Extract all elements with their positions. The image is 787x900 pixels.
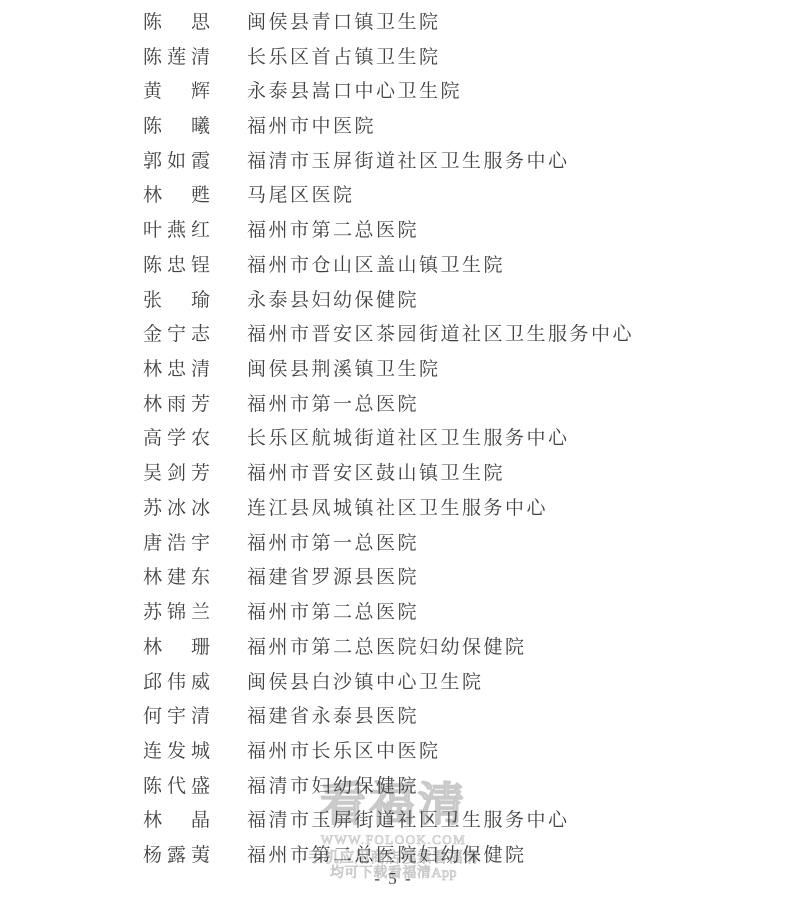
person-name: 陈思 bbox=[143, 7, 210, 34]
person-name: 林雨芳 bbox=[143, 389, 210, 416]
person-org: 福州市长乐区中医院 bbox=[247, 736, 441, 763]
roster-row: 林珊 福州市第二总医院妇幼保健院 bbox=[143, 628, 634, 663]
person-name: 金宁志 bbox=[143, 319, 210, 346]
person-org: 马尾区医院 bbox=[247, 180, 355, 207]
roster-list: 陈思 闽侯县青口镇卫生院 陈莲清 长乐区首占镇卫生院 黄辉 永泰县嵩口中心卫生院… bbox=[143, 3, 634, 871]
roster-row: 高学农 长乐区航城街道社区卫生服务中心 bbox=[143, 420, 634, 455]
person-org: 福建省永泰县医院 bbox=[247, 701, 419, 728]
person-name: 林甦 bbox=[143, 180, 210, 207]
person-name: 高学农 bbox=[143, 423, 210, 450]
person-org: 福州市中医院 bbox=[247, 111, 376, 138]
roster-row: 张瑜 永泰县妇幼保健院 bbox=[143, 281, 634, 316]
person-name: 林忠清 bbox=[143, 354, 210, 381]
roster-row: 金宁志 福州市晋安区茶园街道社区卫生服务中心 bbox=[143, 315, 634, 350]
person-name: 陈莲清 bbox=[143, 42, 210, 69]
person-org: 福清市玉屏街道社区卫生服务中心 bbox=[247, 805, 570, 832]
person-org: 闽侯县青口镇卫生院 bbox=[247, 7, 441, 34]
person-org: 福州市第二总医院 bbox=[247, 215, 419, 242]
person-name: 连发城 bbox=[143, 736, 210, 763]
roster-row: 杨露荑 福州市第二总医院妇幼保健院 bbox=[143, 836, 634, 871]
person-org: 福清市玉屏街道社区卫生服务中心 bbox=[247, 146, 570, 173]
person-org: 福州市晋安区鼓山镇卫生院 bbox=[247, 458, 505, 485]
person-name: 邱伟威 bbox=[143, 667, 210, 694]
roster-row: 林甦 马尾区医院 bbox=[143, 177, 634, 212]
roster-row: 陈曦 福州市中医院 bbox=[143, 107, 634, 142]
person-name: 苏锦兰 bbox=[143, 597, 210, 624]
person-name: 叶燕红 bbox=[143, 215, 210, 242]
roster-row: 陈莲清 长乐区首占镇卫生院 bbox=[143, 38, 634, 73]
roster-row: 陈思 闽侯县青口镇卫生院 bbox=[143, 3, 634, 38]
person-name: 林珊 bbox=[143, 632, 210, 659]
roster-row: 唐浩宇 福州市第一总医院 bbox=[143, 524, 634, 559]
roster-row: 林晶 福清市玉屏街道社区卫生服务中心 bbox=[143, 802, 634, 837]
person-org: 福州市第一总医院 bbox=[247, 528, 419, 555]
person-org: 福州市晋安区茶园街道社区卫生服务中心 bbox=[247, 319, 634, 346]
person-org: 长乐区航城街道社区卫生服务中心 bbox=[247, 423, 570, 450]
person-org: 永泰县嵩口中心卫生院 bbox=[247, 76, 462, 103]
person-name: 何宇清 bbox=[143, 701, 210, 728]
roster-row: 吴剑芳 福州市晋安区鼓山镇卫生院 bbox=[143, 454, 634, 489]
person-org: 福州市仓山区盖山镇卫生院 bbox=[247, 250, 505, 277]
person-org: 闽侯县荆溪镇卫生院 bbox=[247, 354, 441, 381]
person-name: 林晶 bbox=[143, 805, 210, 832]
roster-row: 叶燕红 福州市第二总医院 bbox=[143, 211, 634, 246]
person-org: 永泰县妇幼保健院 bbox=[247, 285, 419, 312]
roster-row: 郭如霞 福清市玉屏街道社区卫生服务中心 bbox=[143, 142, 634, 177]
person-org: 福州市第二总医院妇幼保健院 bbox=[247, 632, 527, 659]
person-name: 陈曦 bbox=[143, 111, 210, 138]
person-name: 苏冰冰 bbox=[143, 493, 210, 520]
roster-row: 林忠清 闽侯县荆溪镇卫生院 bbox=[143, 350, 634, 385]
roster-row: 邱伟威 闽侯县白沙镇中心卫生院 bbox=[143, 663, 634, 698]
roster-row: 苏冰冰 连江县凤城镇社区卫生服务中心 bbox=[143, 489, 634, 524]
person-org: 福州市第二总医院妇幼保健院 bbox=[247, 840, 527, 867]
roster-row: 何宇清 福建省永泰县医院 bbox=[143, 697, 634, 732]
person-name: 杨露荑 bbox=[143, 840, 210, 867]
page-number: - 5 - bbox=[0, 869, 787, 889]
person-org: 福州市第一总医院 bbox=[247, 389, 419, 416]
roster-row: 林雨芳 福州市第一总医院 bbox=[143, 385, 634, 420]
roster-row: 陈忠锃 福州市仓山区盖山镇卫生院 bbox=[143, 246, 634, 281]
roster-row: 苏锦兰 福州市第二总医院 bbox=[143, 593, 634, 628]
person-name: 黄辉 bbox=[143, 76, 210, 103]
roster-row: 陈代盛 福清市妇幼保健院 bbox=[143, 767, 634, 802]
roster-row: 连发城 福州市长乐区中医院 bbox=[143, 732, 634, 767]
person-name: 吴剑芳 bbox=[143, 458, 210, 485]
person-org: 闽侯县白沙镇中心卫生院 bbox=[247, 667, 484, 694]
person-name: 林建东 bbox=[143, 562, 210, 589]
person-name: 张瑜 bbox=[143, 285, 210, 312]
document-page: 看福清 WWW.FOLOOK.COM 手机应用商店搜索看福清 均可下载看福清Ap… bbox=[0, 0, 787, 900]
roster-row: 林建东 福建省罗源县医院 bbox=[143, 559, 634, 594]
person-name: 陈忠锃 bbox=[143, 250, 210, 277]
roster-row: 黄辉 永泰县嵩口中心卫生院 bbox=[143, 72, 634, 107]
person-name: 唐浩宇 bbox=[143, 528, 210, 555]
person-org: 福建省罗源县医院 bbox=[247, 562, 419, 589]
person-org: 福清市妇幼保健院 bbox=[247, 771, 419, 798]
person-org: 连江县凤城镇社区卫生服务中心 bbox=[247, 493, 548, 520]
person-org: 长乐区首占镇卫生院 bbox=[247, 42, 441, 69]
person-name: 郭如霞 bbox=[143, 146, 210, 173]
person-org: 福州市第二总医院 bbox=[247, 597, 419, 624]
person-name: 陈代盛 bbox=[143, 771, 210, 798]
